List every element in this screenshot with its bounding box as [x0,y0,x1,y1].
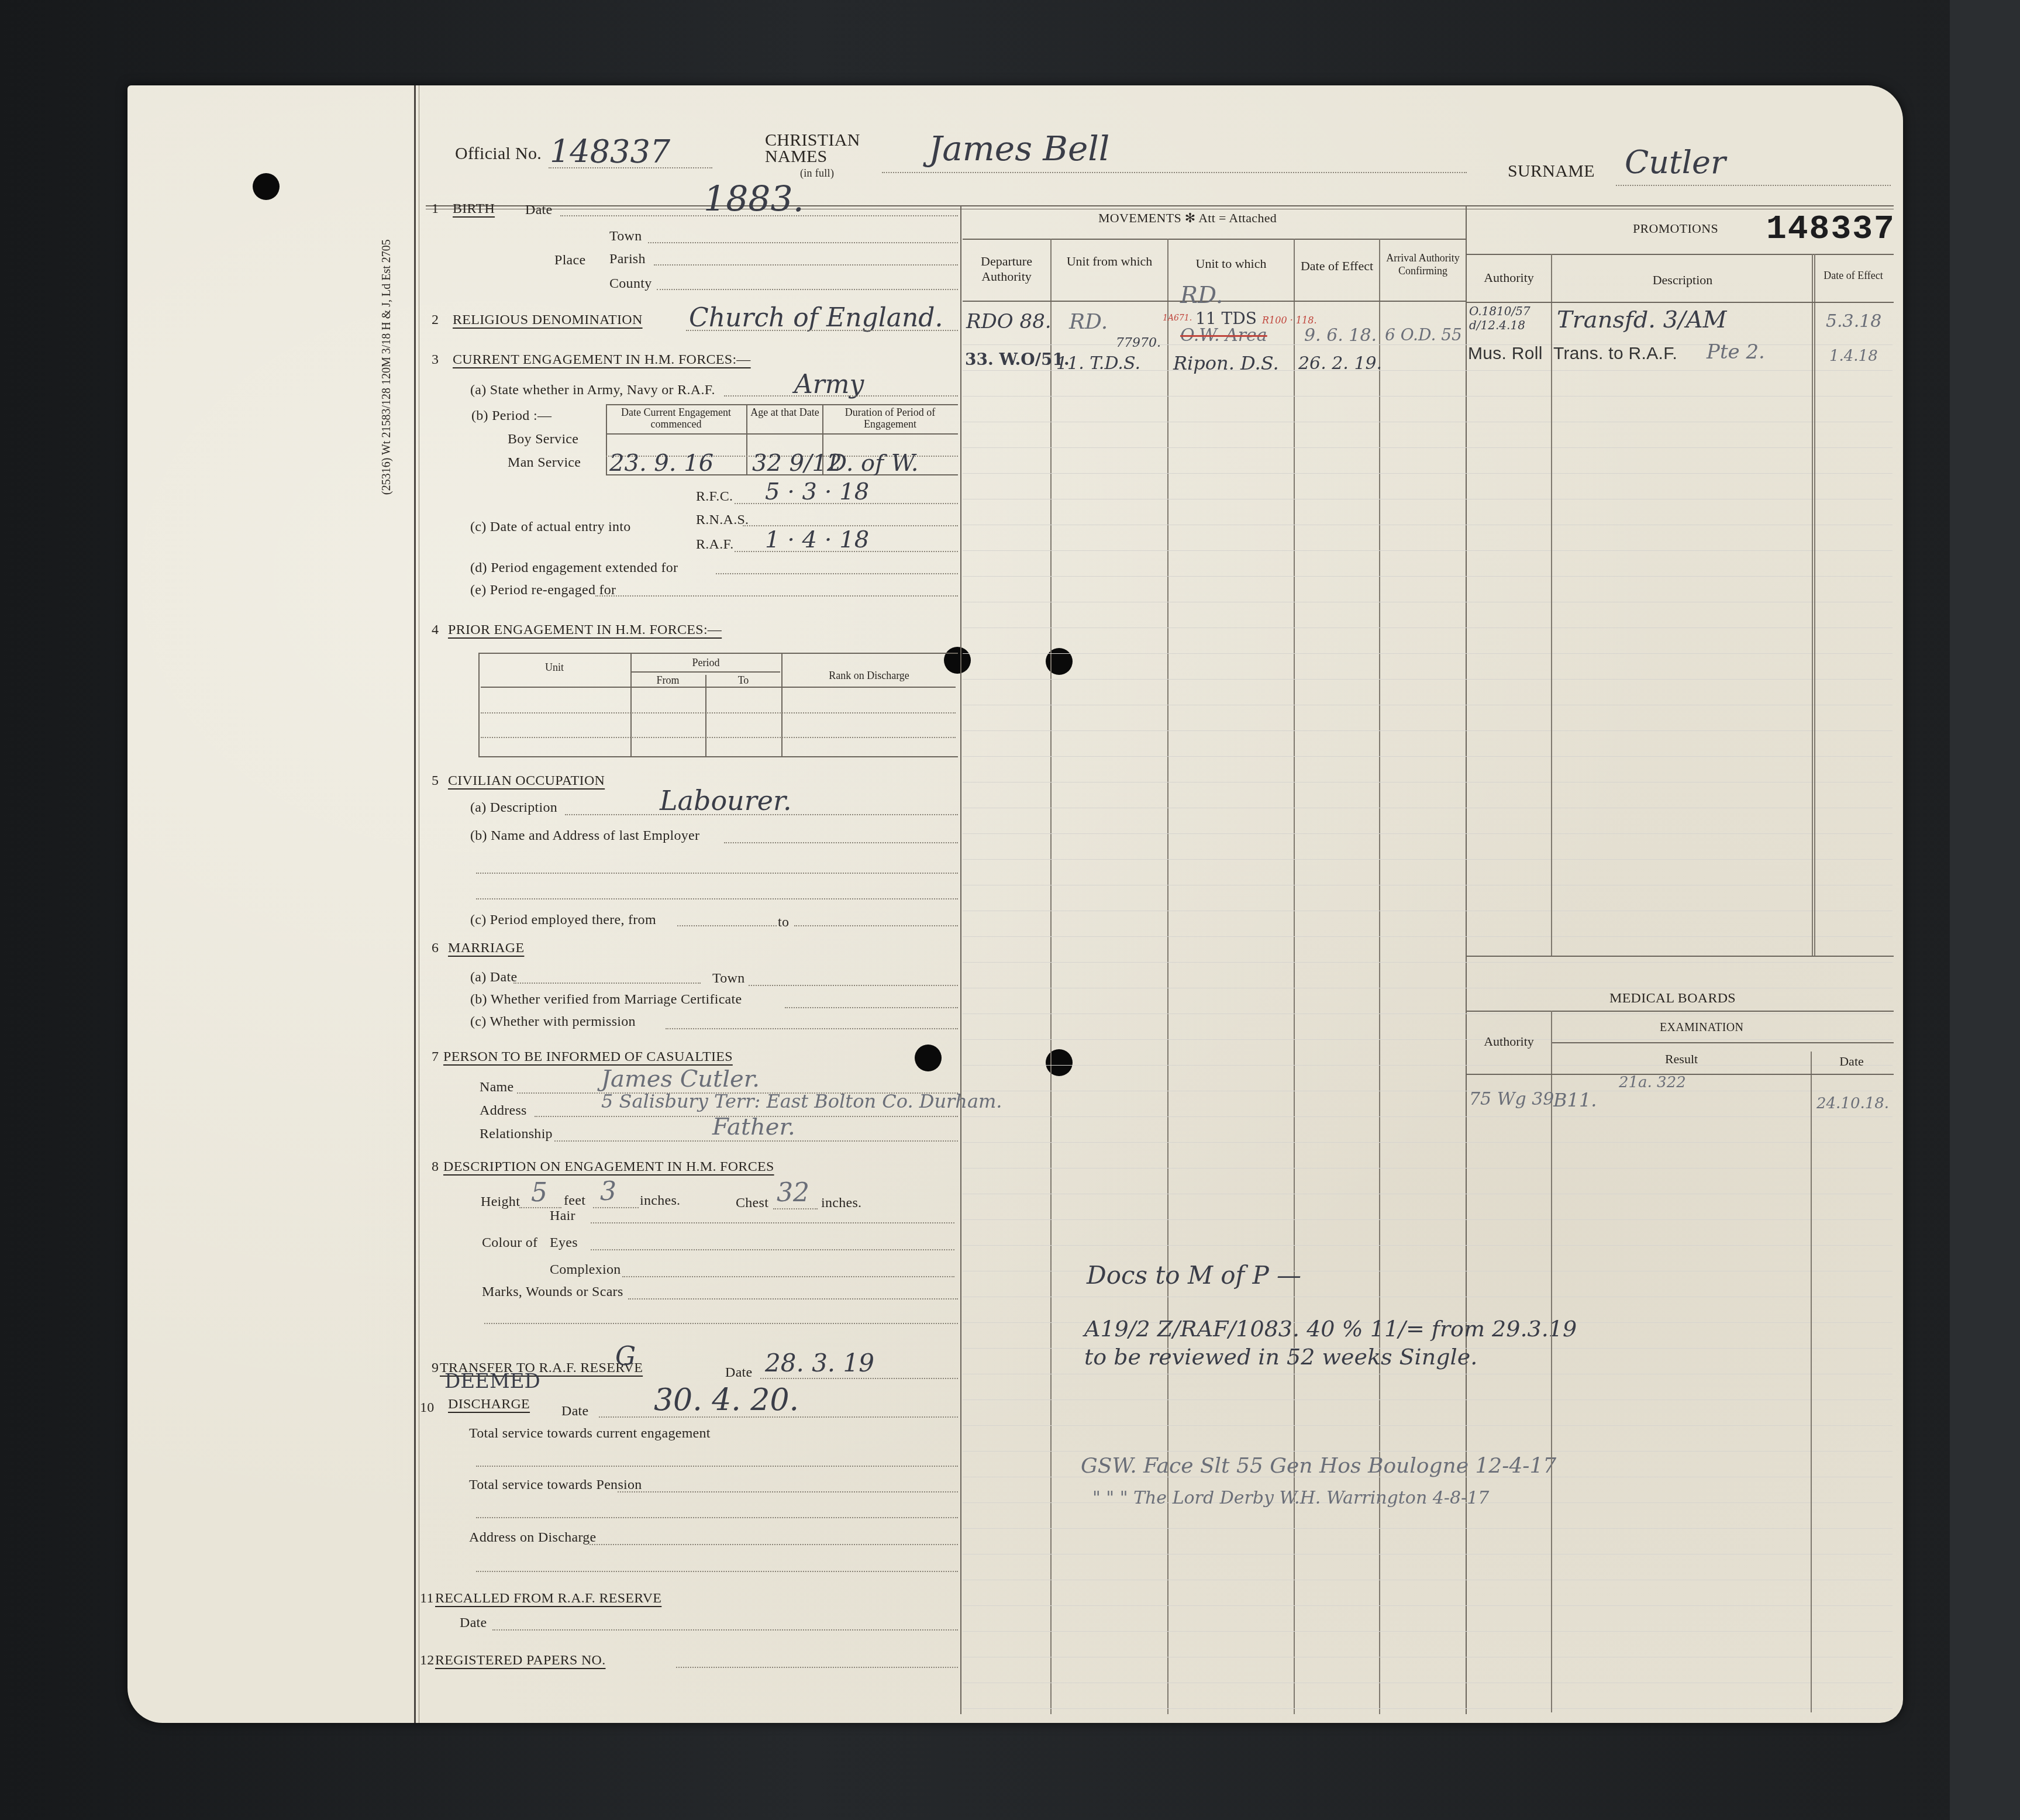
promotion-1-description: Transfd. 3/AM [1557,306,1727,333]
section-marriage: MARRIAGE [448,940,524,956]
birth-date-value: 1883. [704,179,804,220]
binder-edge [1950,0,2020,1820]
reserve-date-value: 28. 3. 19 [765,1349,874,1377]
official-no-value: 148337 [550,133,670,170]
section-registered-papers: REGISTERED PAPERS No. [435,1653,605,1669]
promotion-2-authority: Mus. Roll [1468,344,1543,364]
rfc-entry-value: 5 · 3 · 18 [765,478,869,505]
movement-1-to-red-left: 1A671. [1163,313,1192,323]
movements-header-arrival: Arrival Authority Confirming [1380,251,1466,277]
medical-1-result: B11. [1553,1089,1597,1111]
surname-value: Cutler [1625,144,1726,181]
section-discharge: DISCHARGE [448,1397,530,1412]
chest-value: 32 [777,1178,809,1208]
service-record-page: (25316) Wt 21583/128 120M 3/18 H & J, Ld… [127,85,1903,1723]
promotions-header-authority: Authority [1467,270,1551,285]
section-prior-engagement: PRIOR ENGAGEMENT IN H.M. FORCES:— [448,622,722,638]
movement-note: Docs to M of P — [1087,1261,1301,1290]
movements-header-departure: Departure Authority [963,254,1050,284]
promotions-title: PROMOTIONS [1633,221,1718,236]
movement-1-to-red-right: R100 · 118. [1262,315,1316,326]
movement-1-arrival: 6 O.D. 55 [1385,325,1462,344]
section-civilian-occupation: CIVILIAN OCCUPATION [448,773,605,789]
movements-header-to: Unit to which [1168,256,1294,271]
casualty-contact-name: James Cutler. [601,1066,760,1092]
hole-punch [915,1045,942,1071]
movement-note: A19/2 Z/RAF/1083. 40 % 11/= from 29.3.19 [1084,1316,1577,1342]
medical-header-result: Result [1552,1052,1811,1067]
medical-1-authority: 75 Wg 39 [1469,1089,1554,1109]
movement-2-date: 26. 2. 19. [1298,353,1382,374]
casualty-contact-relationship: Father. [712,1114,795,1140]
movement-note: GSW. Face Slt 55 Gen Hos Boulogne 12-4-1… [1081,1454,1556,1478]
movement-1-departure: RDO 88. [966,310,1052,333]
promotions-header-description: Description [1552,273,1813,288]
medical-1-result-note: 21a. 322 [1619,1074,1686,1091]
promotion-2-description: Trans. to R.A.F. [1553,344,1677,364]
christian-names-label: CHRISTIAN NAMES [765,132,882,165]
promotion-1-date: 5.3.18 [1826,311,1881,332]
section-birth: BIRTH [453,201,495,217]
promotions-header-date: Date of Effect [1815,269,1891,282]
movement-note: " " " The Lord Derby W.H. Warrington 4-8… [1092,1488,1489,1508]
margin-rule [414,85,416,1723]
movement-2-departure: 33. W.O/51. [965,350,1070,369]
christian-names-value: James Bell [929,129,1109,168]
section-current-engagement: CURRENT ENGAGEMENT IN H.M. FORCES:— [453,352,751,368]
reserve-class-annotation: G [615,1342,636,1371]
section-description: DESCRIPTION ON ENGAGEMENT IN H.M. FORCES [443,1159,774,1175]
movements-header-date: Date of Effect [1295,258,1379,274]
official-number-stamp: 148337 [1766,211,1895,249]
movement-2-to: Ripon. D.S. [1173,352,1279,374]
medical-header-authority: Authority [1467,1034,1551,1049]
movements-title: MOVEMENTS ✻ Att = Attached [1098,211,1277,226]
hole-punch [253,173,280,200]
medical-examination-label: EXAMINATION [1660,1021,1743,1035]
movement-1-from: RD. [1069,310,1108,334]
margin-rule [419,85,419,1723]
engagement-date: 23. 9. 16 [609,450,713,477]
period-table: Date Current Engagement commenced Age at… [606,404,958,475]
section-recalled: RECALLED FROM R.A.F. RESERVE [435,1591,661,1607]
movement-1-date: 9. 6. 18. [1304,325,1377,346]
medical-header-date: Date [1812,1054,1891,1069]
casualty-contact-address: 5 Salisbury Terr: East Bolton Co. Durham… [601,1090,1002,1112]
official-no-label: Official No. [455,144,542,164]
occupation-value: Labourer. [660,785,792,816]
promotion-2-description-hw: Pte 2. [1707,340,1765,364]
medical-boards-title: MEDICAL BOARDS [1609,991,1736,1006]
religion-value: Church of England. [689,303,943,333]
movement-2-from-note: 77970. [1116,336,1161,350]
raf-entry-value: 1 · 4 · 18 [765,526,869,553]
movement-1-to-struck: O.W. Area [1180,325,1267,346]
movements-header-from: Unit from which [1052,254,1167,269]
surname-label: SURNAME [1508,161,1595,181]
christian-names-sub: (in full) [800,167,834,180]
movement-1-to-top: RD. [1180,282,1223,309]
movement-2-from: 11. T.D.S. [1056,353,1140,374]
discharge-date-value: 30. 4. 20. [654,1383,799,1418]
medical-1-date: 24.10.18. [1816,1095,1889,1112]
prior-engagement-table: Unit Period From To Rank on Discharge [478,653,958,757]
height-feet-value: 5 [531,1178,547,1208]
deemed-annotation: DEEMED [444,1370,540,1393]
section-religion: RELIGIOUS DENOMINATION [453,312,643,328]
promotion-1-authority: O.1810/57 d/12.4.18 [1469,304,1551,332]
engagement-duration: D. of W. [828,450,919,477]
height-inches-value: 3 [600,1177,616,1207]
movement-note: to be reviewed in 52 weeks Single. [1084,1344,1477,1370]
column-divider [960,205,961,1714]
promotion-2-date: 1.4.18 [1829,347,1878,365]
printer-note: (25316) Wt 21583/128 120M 3/18 H & J, Ld… [380,239,394,495]
section-casualty-contact: PERSON TO BE INFORMED OF CASUALTIES [443,1049,733,1065]
